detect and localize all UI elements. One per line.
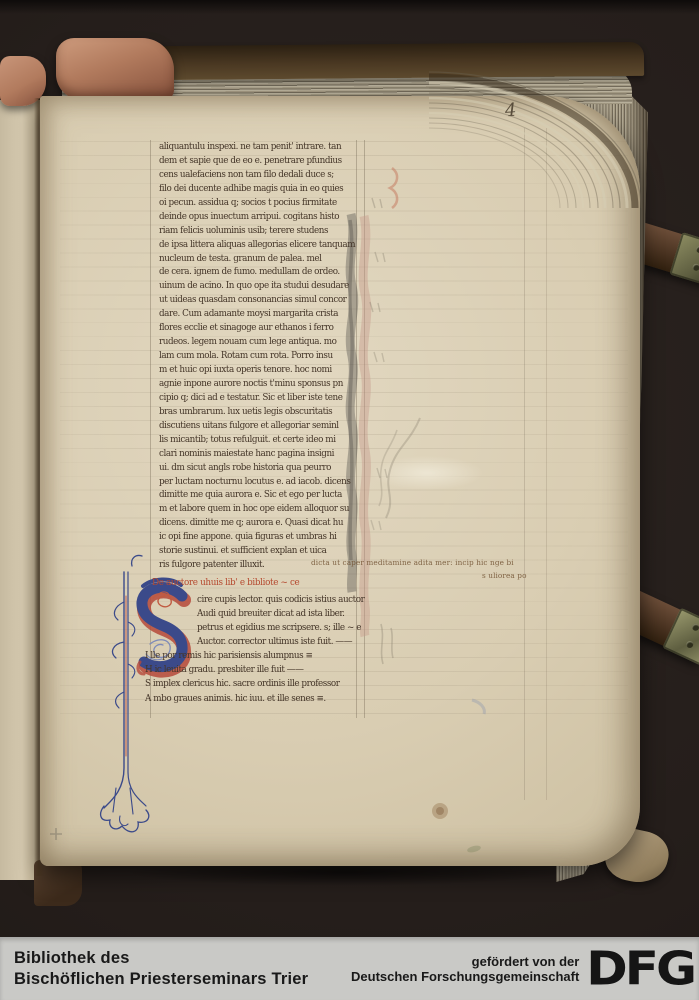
manuscript-photo: 4 aliquantulu inspexi. ne tam penit' int… (0, 0, 699, 1000)
verse-line: S implex clericus hic. sacre ordinis ill… (145, 677, 340, 691)
text-line: clari nominis maiestate hanc pagina insi… (159, 448, 355, 462)
dfg-logo: DFG (586, 947, 694, 989)
library-name: Bibliothek des Bischöflichen Priestersem… (0, 948, 308, 990)
text-line: ic opi fine appone. quia figuras et umbr… (159, 531, 355, 545)
text-line: petrus et egidius me scripsere. s; ille … (197, 621, 364, 635)
text-line: uinum de acino. In quo ope ita studui de… (159, 280, 355, 294)
vertical-ruling-line (150, 140, 151, 718)
funding-attribution: gefördert von der Deutschen Forschungsge… (351, 946, 699, 992)
text-line: agnie inpone aurore noctis t'minu sponsu… (159, 378, 355, 392)
funding-text-line2: Deutschen Forschungsgemeinschaft (351, 969, 579, 984)
text-line: ut uideas quasdam consonancias simul con… (159, 294, 355, 308)
text-line: dare. Cum adamante moysi margarita crist… (159, 308, 355, 322)
text-line: de ipsa littera aliquas allegorias elice… (159, 239, 355, 253)
spine-leather-headcap (56, 38, 174, 100)
text-line: m et huic opi iuxta operis tenore. hoc n… (159, 364, 355, 378)
abraded-parchment-patch (352, 450, 502, 496)
text-line: dem et sapie que de eo e. penetrare pfun… (159, 155, 355, 169)
text-line: discutiens uitans fulgore et allegoriar … (159, 420, 355, 434)
text-line: cire cupis lector. quis codicis istius a… (197, 593, 364, 607)
funding-text-line1: gefördert von der (351, 954, 579, 969)
text-block-main: aliquantulu inspexi. ne tam penit' intra… (159, 141, 355, 573)
rubric-line: De auctore uhuis lib' e bibliote ~ ce (152, 578, 299, 588)
text-line: aliquantulu inspexi. ne tam penit' intra… (159, 141, 355, 155)
text-line: dimitte me quia aurora e. Sic et ego per… (159, 489, 355, 503)
verse-line: I lle por remis hic parisiensis alumpnus… (145, 649, 340, 663)
book-top-edge-soiled (152, 42, 644, 80)
margin-annotation-line2: s uliorea po (482, 571, 527, 580)
text-line: Audi quid breuiter dicat ad ista liber. (197, 607, 364, 621)
text-line: lam cum mola. Rotam cum rota. Porro insu (159, 350, 355, 364)
verse-line: A mbo graues animis. hic iuu. et ille se… (145, 692, 340, 706)
vertical-ruling-line (524, 128, 525, 800)
library-name-line1: Bibliothek des (14, 948, 308, 969)
funding-text: gefördert von der Deutschen Forschungsge… (351, 954, 579, 984)
text-line: nucleum de testa. granum de palea. mel (159, 253, 355, 267)
library-name-line2: Bischöflichen Priesterseminars Trier (14, 969, 308, 990)
text-line: dicens. dimitte me q; aurora e. Quasi di… (159, 517, 355, 531)
text-line: flores ecclie et sinagoge aur ethanos i … (159, 322, 355, 336)
vertical-ruling-line (546, 128, 547, 800)
text-line: bras umbrarum. lux uetis legis obscurita… (159, 406, 355, 420)
text-block-section: cire cupis lector. quis codicis istius a… (197, 593, 364, 649)
footer-bar: Bibliothek des Bischöflichen Priestersem… (0, 937, 699, 1000)
text-line: oi pecun. assidua q; socios t pocius fir… (159, 197, 355, 211)
text-line: per luctam nocturnu locutus e. ad iacob.… (159, 476, 355, 490)
text-block-verses: I lle por remis hic parisiensis alumpnus… (145, 649, 340, 706)
verse-line: H ic leuita gradu. presbiter ille fuit —… (145, 663, 340, 677)
clasp-bottom-metal-fitting (662, 608, 699, 666)
text-line: cens ualefaciens non tam filo dedali duc… (159, 169, 355, 183)
text-line: cipio q; dici ad e testatur. Sic et libe… (159, 392, 355, 406)
text-line: ui. dm sicut angls robe historia qua peu… (159, 462, 355, 476)
text-line: filo dei ducente adhibe magis quia in eo… (159, 183, 355, 197)
text-line: Auctor. corrector ultimus iste fuit. —— (197, 635, 364, 649)
text-line: rudeos. legem nouam cum lege antiqua. mo (159, 336, 355, 350)
text-line: deinde opus inuectum arripui. cogitans h… (159, 211, 355, 225)
text-line: m et labore quem in hoc ope eidem alloqu… (159, 503, 355, 517)
text-line: riam felicis uoluminis usib; terere stud… (159, 225, 355, 239)
text-line: lis micantib; totus refulguit. et certe … (159, 434, 355, 448)
clasp-top-metal-fitting (669, 232, 699, 286)
margin-annotation-line1: dicta ut caper meditamine adita mer: inc… (311, 558, 514, 567)
page-number: 4 (504, 100, 517, 122)
text-line: de cera. ignem de fumo. medullam de orde… (159, 266, 355, 280)
